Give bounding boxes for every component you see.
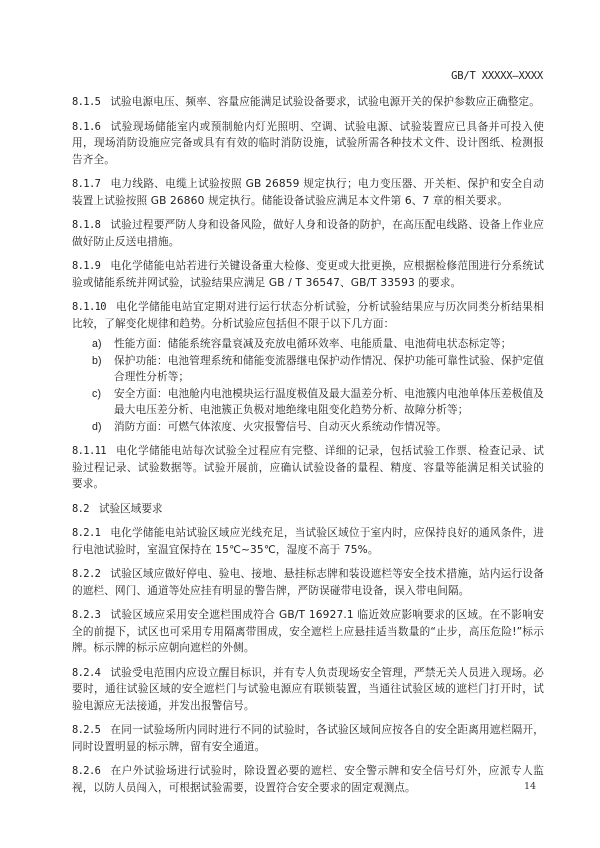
clause-text: 电化学储能电站宜定期对进行运行状态分析试验，分析试验结果应与历次同类分析结果相比… [72,301,544,330]
clause-number: 8.2.4 [72,667,100,679]
clause-text: 电化学储能电站试验区域应光线充足，当试验区域位于室内时，应保持良好的通风条件，进… [72,527,544,556]
clause-8-2-5: 8.2.5在同一试验场所内同时进行不同的试验时，各试验区域间应按各自的安全距离用… [72,722,544,755]
clause-number: 8.2.6 [72,765,100,777]
document-page: GB/T XXXXX—XXXX 8.1.5试验电源电压、频率、容量应能满足试验设… [0,0,600,848]
clause-text: 试验区域应做好停电、验电、接地、悬挂标志牌和装设遮栏等安全技术措施，站内运行设备… [72,568,544,597]
list-item-text: 安全方面：电池舱内电池模块运行温度极值及最大温差分析、电池簇内电池单体压差极值及… [114,388,544,417]
clause-text: 电化学储能电站每次试验全过程应有完整、详细的记录，包括试验工作票、检查记录、试验… [72,445,544,490]
clause-8-1-8: 8.1.8试验过程要严防人身和设备风险，做好人身和设备的防护，在高压配电线路、设… [72,217,544,250]
clause-number: 8.1.5 [72,96,100,108]
clause-text: 试验电源电压、频率、容量应能满足试验设备要求，试验电源开关的保护参数应正确整定。 [110,96,540,108]
clause-number: 8.1.7 [72,178,100,190]
clause-number: 8.1.9 [72,260,100,272]
analysis-aspects-list: a)性能方面：储能系统容量衰减及充放电循环效率、电能质量、电池荷电状态标定等； … [72,336,544,435]
clause-8-2-3: 8.2.3试验区域应采用安全遮栏围成符合 GB/T 16927.1 临近效应影响… [72,607,544,657]
document-body: 8.1.5试验电源电压、频率、容量应能满足试验设备要求，试验电源开关的保护参数应… [72,94,544,804]
clause-text: 在户外试验场进行试验时，除设置必要的遮栏、安全警示牌和安全信号灯外，应派专人监视… [72,765,544,794]
clause-8-2-1: 8.2.1电化学储能电站试验区域应光线充足，当试验区域位于室内时，应保持良好的通… [72,525,544,558]
clause-8-2-6: 8.2.6在户外试验场进行试验时，除设置必要的遮栏、安全警示牌和安全信号灯外，应… [72,763,544,796]
clause-number: 8.1.11 [72,445,106,457]
clause-text: 电力线路、电缆上试验按照 GB 26859 规定执行；电力变压器、开关柜、保护和… [72,178,544,207]
standard-code-header: GB/T XXXXX—XXXX [451,70,543,82]
clause-8-2-4: 8.2.4试验受电范围内应设立醒目标识，并有专人负责现场安全管理，严禁无关人员进… [72,665,544,715]
clause-number: 8.2.3 [72,609,100,621]
clause-text: 电化学储能电站若进行关键设备重大检修、变更或大批更换，应根据检修范围进行分系统试… [72,260,544,289]
clause-8-1-9: 8.1.9电化学储能电站若进行关键设备重大检修、变更或大批更换，应根据检修范围进… [72,258,544,291]
list-item-text: 性能方面：储能系统容量衰减及充放电循环效率、电能质量、电池荷电状态标定等； [114,338,512,350]
list-marker: a) [92,336,102,353]
clause-text: 试验区域应采用安全遮栏围成符合 GB/T 16927.1 临近效应影响要求的区域… [72,609,544,654]
page-number: 14 [524,781,536,792]
section-number: 8.2 [72,503,89,515]
list-marker: d) [92,419,102,436]
clause-text: 试验受电范围内应设立醒目标识，并有专人负责现场安全管理，严禁无关人员进入现场。必… [72,667,544,712]
list-item-d: d)消防方面：可燃气体浓度、火灾报警信号、自动灭火系统动作情况等。 [72,419,544,436]
clause-8-1-10: 8.1.10电化学储能电站宜定期对进行运行状态分析试验，分析试验结果应与历次同类… [72,299,544,332]
clause-number: 8.2.1 [72,527,100,539]
clause-8-1-5: 8.1.5试验电源电压、频率、容量应能满足试验设备要求，试验电源开关的保护参数应… [72,94,544,111]
list-item-text: 消防方面：可燃气体浓度、火灾报警信号、自动灭火系统动作情况等。 [114,421,447,433]
clause-8-2-2: 8.2.2试验区域应做好停电、验电、接地、悬挂标志牌和装设遮栏等安全技术措施，站… [72,566,544,599]
clause-number: 8.1.10 [72,301,106,313]
list-marker: c) [92,386,101,403]
list-marker: b) [92,353,102,370]
list-item-b: b)保护功能：电池管理系统和储能变流器继电保护动作情况、保护功能可靠性试验、保护… [72,353,544,386]
clause-8-1-7: 8.1.7电力线路、电缆上试验按照 GB 26859 规定执行；电力变压器、开关… [72,176,544,209]
clause-8-1-11: 8.1.11电化学储能电站每次试验全过程应有完整、详细的记录，包括试验工作票、检… [72,443,544,493]
clause-number: 8.1.6 [72,121,100,133]
section-title: 试验区域要求 [99,503,163,515]
clause-text: 在同一试验场所内同时进行不同的试验时，各试验区域间应按各自的安全距离用遮栏隔开，… [72,724,544,753]
clause-8-1-6: 8.1.6试验现场储能室内或预制舱内灯光照明、空调、试验电源、试验装置应已具备并… [72,119,544,169]
clause-text: 试验过程要严防人身和设备风险，做好人身和设备的防护，在高压配电线路、设备上作业应… [72,219,544,248]
list-item-text: 保护功能：电池管理系统和储能变流器继电保护动作情况、保护功能可靠性试验、保护定值… [114,355,544,384]
clause-number: 8.1.8 [72,219,100,231]
clause-number: 8.2.2 [72,568,100,580]
list-item-c: c)安全方面：电池舱内电池模块运行温度极值及最大温差分析、电池簇内电池单体压差极… [72,386,544,419]
section-heading-8-2: 8.2试验区域要求 [72,501,544,518]
clause-text: 试验现场储能室内或预制舱内灯光照明、空调、试验电源、试验装置应已具备并可投入使用… [72,121,544,166]
list-item-a: a)性能方面：储能系统容量衰减及充放电循环效率、电能质量、电池荷电状态标定等； [72,336,544,353]
clause-number: 8.2.5 [72,724,100,736]
